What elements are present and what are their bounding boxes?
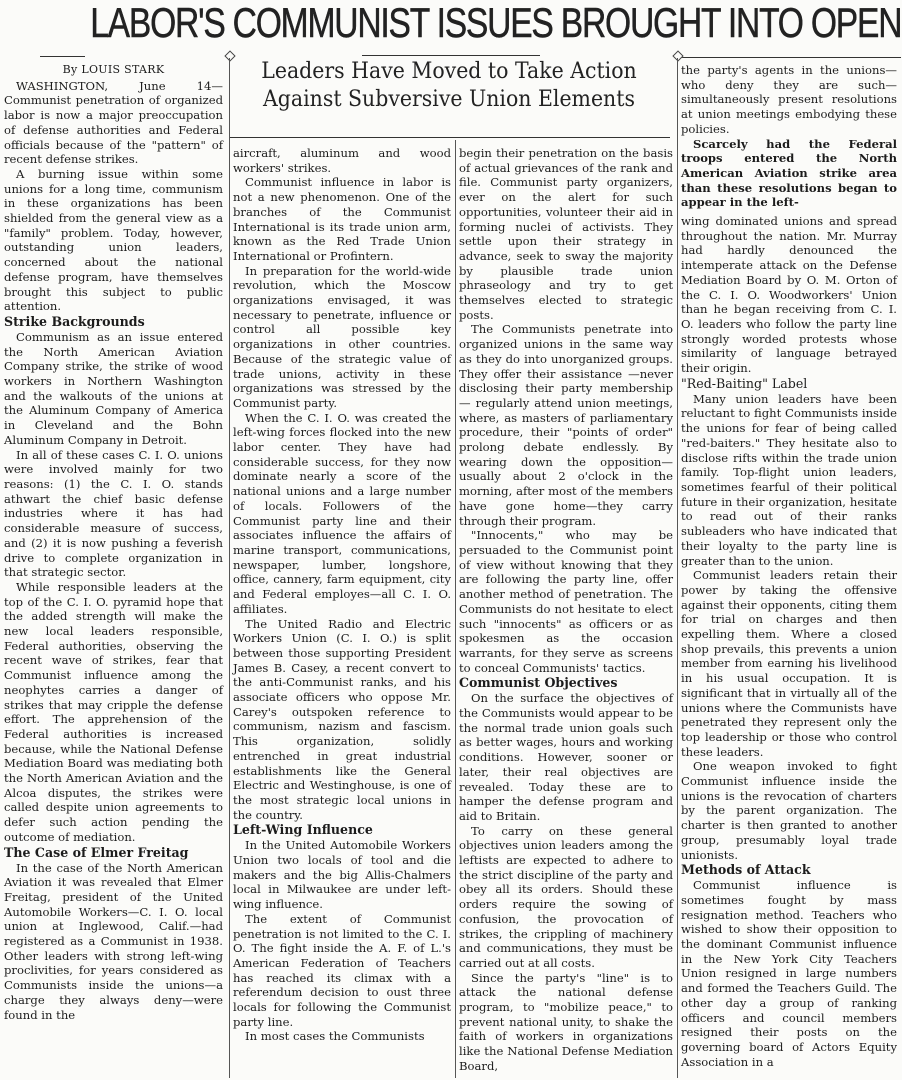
subheading: Strike Backgrounds bbox=[4, 314, 223, 330]
deck-headline: Leaders Have Moved to Take Action Agains… bbox=[243, 58, 654, 114]
paragraph: A burning issue within some unions for a… bbox=[4, 167, 223, 314]
article-column-2: aircraft, aluminum and wood workers' str… bbox=[233, 146, 451, 1044]
byline: By LOUIS STARK bbox=[4, 63, 223, 78]
paragraph: the party's agents in the unions—who den… bbox=[681, 63, 897, 137]
article-column-3: begin their penetration on the basis of … bbox=[459, 146, 673, 1074]
paragraph: In the United Automobile Workers Union t… bbox=[233, 838, 451, 912]
paragraph: Since the party's "line" is to attack th… bbox=[459, 971, 673, 1074]
paragraph: In most cases the Communists bbox=[233, 1029, 451, 1044]
paragraph: Communism as an issue entered the North … bbox=[4, 330, 223, 448]
paragraph: aircraft, aluminum and wood workers' str… bbox=[233, 146, 451, 175]
headline: LABOR'S COMMUNIST ISSUES BROUGHT INTO OP… bbox=[90, 2, 812, 44]
paragraph: begin their penetration on the basis of … bbox=[459, 146, 673, 322]
paragraph: WASHINGTON, June 14—Communist penetratio… bbox=[4, 79, 223, 167]
paragraph: On the surface the objectives of the Com… bbox=[459, 691, 673, 823]
byline-rule bbox=[40, 56, 85, 57]
subheading: "Red-Baiting" Label bbox=[681, 376, 897, 392]
paragraph: In the case of the North American Aviati… bbox=[4, 861, 223, 1023]
paragraph: The United Radio and Electric Workers Un… bbox=[233, 617, 451, 823]
paragraph: "Innocents," who may be persuaded to the… bbox=[459, 528, 673, 675]
paragraph: To carry on these general objectives uni… bbox=[459, 824, 673, 971]
paragraph: The extent of Communist penetration is n… bbox=[233, 912, 451, 1030]
subheading: Methods of Attack bbox=[681, 862, 897, 878]
column-divider bbox=[455, 140, 456, 1078]
paragraph: In all of these cases C. I. O. unions we… bbox=[4, 448, 223, 580]
divider-ornament-icon bbox=[672, 50, 683, 61]
paragraph: Scarcely had the Federal troops entered … bbox=[681, 137, 897, 211]
paragraph: Many union leaders have been reluctant t… bbox=[681, 392, 897, 568]
subheading: Left-Wing Influence bbox=[233, 822, 451, 838]
paragraph: The Communists penetrate into organized … bbox=[459, 322, 673, 528]
subheading: The Case of Elmer Freitag bbox=[4, 845, 223, 861]
paragraph: Communist influence in labor is not a ne… bbox=[233, 175, 451, 263]
subheading: Communist Objectives bbox=[459, 675, 673, 691]
paragraph: When the C. I. O. was created the left-w… bbox=[233, 411, 451, 617]
col4-top-rule bbox=[679, 57, 901, 58]
paragraph: wing dominated unions and spread through… bbox=[681, 214, 897, 376]
article-column-1: By LOUIS STARK WASHINGTON, June 14—Commu… bbox=[4, 63, 223, 1022]
paragraph: While responsible leaders at the top of … bbox=[4, 580, 223, 845]
deck-line-1: Leaders Have Moved to Take Action bbox=[243, 58, 654, 86]
paragraph: One weapon invoked to fight Communist in… bbox=[681, 759, 897, 862]
deck-bottom-rule bbox=[230, 137, 670, 138]
paragraph: Communist leaders retain their power by … bbox=[681, 568, 897, 759]
deck-line-2: Against Subversive Union Elements bbox=[243, 86, 654, 114]
deck-top-rule bbox=[362, 55, 540, 56]
divider-ornament-icon bbox=[224, 50, 235, 61]
paragraph: Communist influence is sometimes fought … bbox=[681, 878, 897, 1069]
article-column-4: the party's agents in the unions—who den… bbox=[681, 63, 897, 1069]
paragraph: In preparation for the world-wide revolu… bbox=[233, 264, 451, 411]
column-divider bbox=[229, 58, 230, 1078]
column-divider bbox=[677, 58, 678, 1078]
